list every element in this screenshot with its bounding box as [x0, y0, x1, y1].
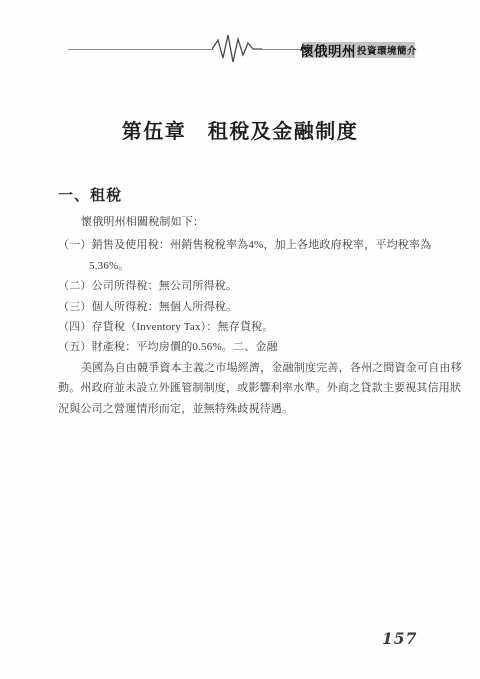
header-running-title: 懷俄明州 投資環境簡介: [302, 42, 415, 58]
list-item-3: （三）個人所得稅：無個人所得稅。: [58, 297, 446, 317]
body-text: 懷俄明州相關稅制如下： （一）銷售及使用稅：州銷售稅稅率為4%，加上各地政府稅率…: [58, 212, 446, 419]
section-heading: 一、租稅: [58, 184, 122, 205]
header-title-main: 懷俄明州: [300, 40, 356, 60]
finance-paragraph-line-2: 動。州政府並未設立外匯管制制度，或影響利率水準。外商之貸款主要視其信用狀: [58, 378, 446, 398]
list-item-4: （四）存貨稅（Inventory Tax）：無存貨稅。: [58, 317, 446, 337]
heartbeat-zigzag-icon: [212, 32, 262, 66]
header-title-sub: 投資環境簡介: [357, 43, 417, 57]
list-item-5: （五）財產稅：平均房價的0.56%。二、金融: [58, 337, 446, 357]
list-item-1-line-2: 5.36%。: [58, 256, 446, 276]
header-rule-right: [260, 49, 305, 50]
header-rule-left: [68, 49, 214, 50]
list-item-2: （二）公司所得稅：無公司所得稅。: [58, 276, 446, 296]
chapter-title: 第伍章 租稅及金融制度: [0, 115, 480, 144]
finance-paragraph-line-3: 況與公司之營運情形而定，並無特殊歧視待遇。: [58, 399, 446, 419]
list-item-1-line-1: （一）銷售及使用稅：州銷售稅稅率為4%，加上各地政府稅率，平均稅率為: [58, 235, 446, 255]
document-page: 懷俄明州 投資環境簡介 第伍章 租稅及金融制度 一、租稅 懷俄明州相關稅制如下：…: [0, 0, 480, 679]
page-number: 157: [382, 629, 417, 648]
finance-paragraph-line-1: 美國為自由競爭資本主義之市場經濟，金融制度完善，各州之間資金可自由移: [58, 358, 446, 378]
body-intro-line: 懷俄明州相關稅制如下：: [58, 212, 446, 232]
